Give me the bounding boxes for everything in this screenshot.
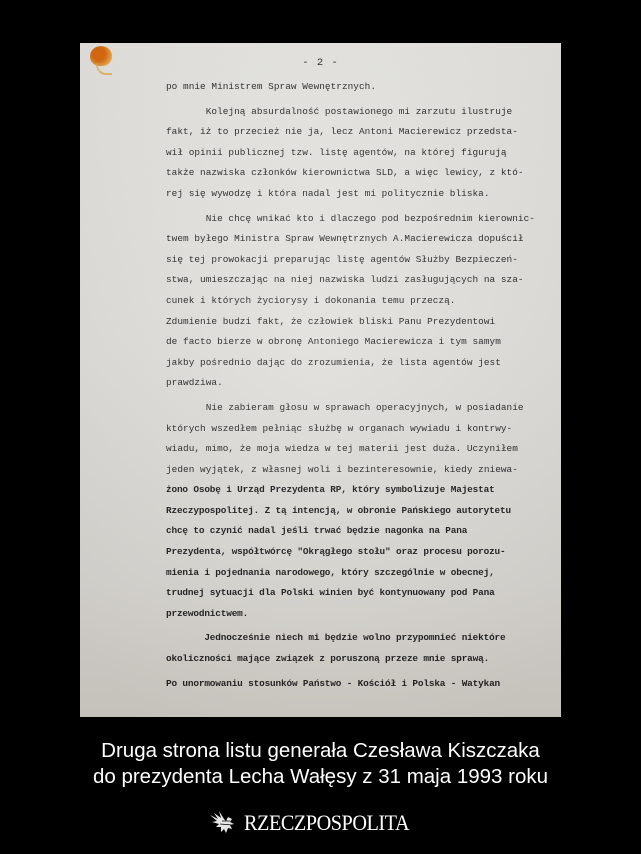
text-line: Zdumienie budzi fakt, że człowiek bliski… bbox=[166, 312, 561, 333]
text-line: żono Osobę i Urząd Prezydenta RP, który … bbox=[166, 480, 561, 501]
text-line: także nazwiska członków kierownictwa SLD… bbox=[166, 163, 561, 184]
text-line: stwa, umieszczając na niej nazwiska ludz… bbox=[166, 270, 561, 291]
text-line: Rzeczypospolitej. Z tą intencją, w obron… bbox=[166, 501, 561, 522]
text-line: chcę to czynić nadal jeśli trwać będzie … bbox=[166, 521, 561, 542]
caption-line-2: do prezydenta Lecha Wałęsy z 31 maja 199… bbox=[0, 764, 641, 790]
text-line: trudnej sytuacji dla Polski winien być k… bbox=[166, 583, 561, 604]
text-line: Prezydenta, współtwórcę "Okrągłego stołu… bbox=[166, 542, 561, 563]
logo-text: RZECZPOSPOLITA bbox=[244, 810, 409, 836]
text-line: Jednocześnie niech mi będzie wolno przyp… bbox=[166, 628, 561, 649]
eagle-icon bbox=[208, 809, 242, 837]
photo-caption: Druga strona listu generała Czesława Kis… bbox=[0, 738, 641, 790]
text-line: wiadu, mimo, że moja wiedza w tej materi… bbox=[166, 439, 561, 460]
text-line: się tej prowokacji preparując listę agen… bbox=[166, 250, 561, 271]
text-line: cunek i których życiorysy i dokonania te… bbox=[166, 291, 561, 312]
text-line: przewodnictwem. bbox=[166, 604, 561, 625]
text-line: twem byłego Ministra Spraw Wewnętrznych … bbox=[166, 229, 561, 250]
text-line: de facto bierze w obronę Antoniego Macie… bbox=[166, 332, 561, 353]
text-line: po mnie Ministrem Spraw Wewnętrznych. bbox=[166, 77, 561, 98]
text-line: fakt, iż to przecież nie ja, lecz Antoni… bbox=[166, 122, 561, 143]
text-line: jeden wyjątek, z własnej woli i bezinter… bbox=[166, 460, 561, 481]
text-line: rej się wywodzę i która nadal jest mi po… bbox=[166, 184, 561, 205]
text-line: Kolejną absurdalność postawionego mi zar… bbox=[166, 102, 561, 123]
rzeczpospolita-logo: RZECZPOSPOLITA bbox=[208, 808, 423, 838]
caption-line-1: Druga strona listu generała Czesława Kis… bbox=[0, 738, 641, 764]
text-line: Po unormowaniu stosunków Państwo - Kości… bbox=[166, 674, 561, 695]
text-line: wił opinii publicznej tzw. listę agentów… bbox=[166, 143, 561, 164]
text-line: jakby pośrednio dając do zrozumienia, że… bbox=[166, 353, 561, 374]
text-line: Nie chcę wnikać kto i dlaczego pod bezpo… bbox=[166, 209, 561, 230]
text-line: mienia i pojednania narodowego, który sz… bbox=[166, 563, 561, 584]
text-line: Nie zabieram głosu w sprawach operacyjny… bbox=[166, 398, 561, 419]
typewritten-text: po mnie Ministrem Spraw Wewnętrznych. Ko… bbox=[166, 77, 561, 694]
text-line: których wszedłem pełniąc służbę w organa… bbox=[166, 419, 561, 440]
page-number: - 2 - bbox=[80, 57, 561, 69]
text-line: prawdziwa. bbox=[166, 373, 561, 394]
letter-page-photo: - 2 - po mnie Ministrem Spraw Wewnętrzny… bbox=[80, 43, 561, 717]
text-line: okoliczności mające związek z poruszoną … bbox=[166, 649, 561, 670]
